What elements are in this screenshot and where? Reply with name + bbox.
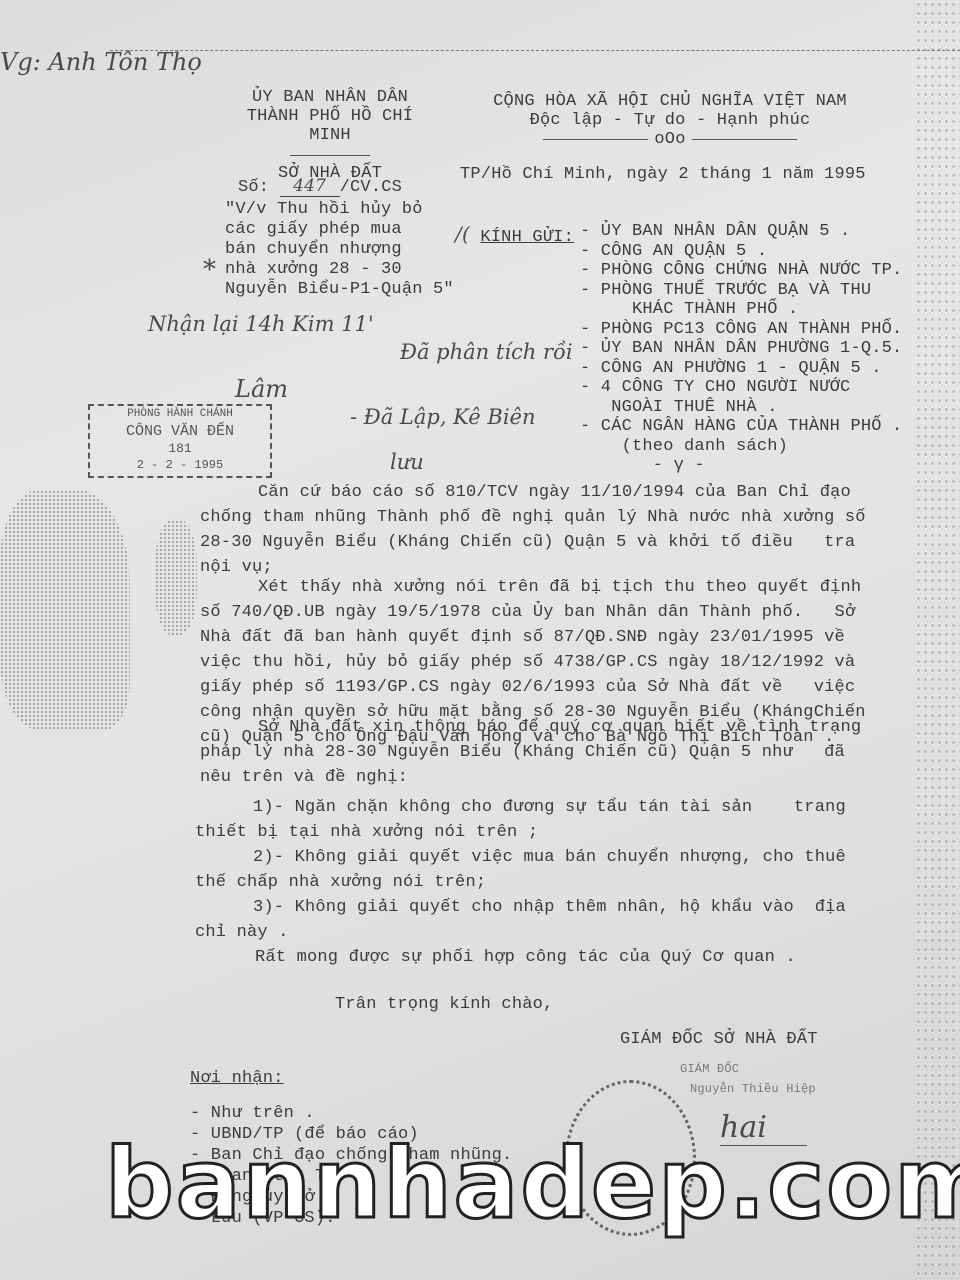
recipient-item: - PHÒNG CÔNG CHỨNG NHÀ NƯỚC TP. (580, 261, 902, 281)
subject-block: "V/v Thu hồi hủy bỏcác giấy phép muabán … (225, 200, 454, 300)
recipients-list: - ỦY BAN NHÂN DÂN QUẬN 5 .- CÔNG AN QUẬN… (580, 222, 902, 476)
subject-line: các giấy phép mua (225, 220, 454, 240)
body-paragraph-3: Sở Nhà đất xin thông báo để quý cơ quan … (200, 715, 890, 790)
body-line: 28-30 Nguyễn Biểu (Kháng Chiến cũ) Quận … (200, 530, 890, 555)
cc-item: - Như trên . (190, 1103, 512, 1124)
subject-line: bán chuyển nhượng (225, 240, 454, 260)
signature-title: GIÁM ĐỐC SỞ NHÀ ĐẤT (620, 1030, 818, 1049)
recipient-item: - CÁC NGÂN HÀNG CỦA THÀNH PHỐ . (580, 417, 902, 437)
body-line: giấy phép số 1193/GP.CS ngày 02/6/1993 c… (200, 675, 890, 700)
recipient-item: - 4 CÔNG TY CHO NGƯỜI NƯỚC (580, 378, 902, 398)
request-item-1: 1)- Ngăn chặn không cho đương sự tẩu tán… (195, 795, 885, 845)
recipients-label: /( KÍNH GỬI: (455, 222, 574, 247)
body-line: chống tham nhũng Thành phố đề nghị quản … (200, 505, 890, 530)
number-label: Số: (238, 178, 269, 197)
body-line: Căn cứ báo cáo số 810/TCV ngày 11/10/199… (200, 480, 890, 505)
org-line1: ỦY BAN NHÂN DÂN (230, 88, 430, 107)
subject-line: Nguyễn Biểu-P1-Quận 5" (225, 280, 454, 300)
handwritten-note-processed: Đã phân tích rồi (400, 340, 573, 364)
cc-label: Nơi nhận: (190, 1068, 512, 1089)
doc-number: Số: 447/CV.CS (238, 176, 402, 197)
number-suffix: /CV.CS (340, 178, 402, 197)
stamp-office: PHÒNG HÀNH CHÁNH (90, 406, 270, 423)
stamp-title: CÔNG VĂN ĐẾN (90, 423, 270, 440)
handwritten-note-inventory: - Đã Lập, Kê Biên (350, 405, 536, 429)
subject-line: "V/v Thu hồi hủy bỏ (225, 200, 454, 220)
recipient-item: - γ - (580, 456, 902, 476)
ink-blot-small (155, 520, 197, 635)
request-item-2: 2)- Không giải quyết việc mua bán chuyển… (195, 845, 885, 895)
body-line: nêu trên và đề nghị: (200, 765, 890, 790)
body-line: chỉ này . (195, 920, 885, 945)
recipients-label-text: KÍNH GỬI: (480, 228, 574, 247)
subject-marker: * (203, 255, 216, 285)
recipient-item: - PHÒNG PC13 CÔNG AN THÀNH PHỐ. (580, 320, 902, 340)
handwritten-note-received: Nhận lại 14h Kim 11' (148, 312, 374, 336)
recipient-item: KHÁC THÀNH PHỐ . (580, 300, 902, 320)
ink-blot-left (0, 490, 130, 730)
body-line: 3)- Không giải quyết cho nhập thêm nhân,… (195, 895, 885, 920)
stamp-date: 2 - 2 - 1995 (90, 457, 270, 474)
body-paragraph-1: Căn cứ báo cáo số 810/TCV ngày 11/10/199… (200, 480, 890, 580)
body-line: 1)- Ngăn chặn không cho đương sự tẩu tán… (195, 795, 885, 820)
date-line: TP/Hồ Chí Minh, ngày 2 tháng 1 năm 1995 (460, 165, 866, 184)
recipient-item: - ỦY BAN NHÂN DÂN PHƯỜNG 1-Q.5. (580, 339, 902, 359)
body-line: số 740/QĐ.UB ngày 19/5/1978 của Ủy ban N… (200, 600, 890, 625)
request-item-3: 3)- Không giải quyết cho nhập thêm nhân,… (195, 895, 885, 945)
body-line: Xét thấy nhà xưởng nói trên đã bị tịch t… (200, 575, 890, 600)
ornament-line: oOo (470, 130, 870, 149)
header-rule (290, 155, 370, 156)
top-dashed-line (110, 50, 960, 51)
signature-sub-title: GIÁM ĐỐC (680, 1062, 739, 1076)
body-line: việc thu hồi, hủy bỏ giấy phép số 4738/G… (200, 650, 890, 675)
recipient-item: - ỦY BAN NHÂN DÂN QUẬN 5 . (580, 222, 902, 242)
body-line: 2)- Không giải quyết việc mua bán chuyển… (195, 845, 885, 870)
handwritten-addressee: Vg: Anh Tôn Thọ (0, 48, 202, 76)
recipient-item: NGOÀI THUÊ NHÀ . (580, 398, 902, 418)
stamp-number: 181 (90, 440, 270, 457)
handwritten-note-archive: lưu (390, 450, 424, 474)
ornament: oOo (654, 130, 685, 149)
left-header: ỦY BAN NHÂN DÂN THÀNH PHỐ HỒ CHÍ MINH SỞ… (230, 88, 430, 183)
recipient-item: (theo danh sách) (580, 437, 902, 457)
closing-regards: Trân trọng kính chào, (335, 995, 553, 1014)
nation-title: CỘNG HÒA XÃ HỘI CHỦ NGHĨA VIỆT NAM (470, 92, 870, 111)
received-stamp: PHÒNG HÀNH CHÁNH CÔNG VĂN ĐẾN 181 2 - 2 … (88, 404, 272, 478)
recipient-item: - PHÒNG THUẾ TRƯỚC BẠ VÀ THU (580, 281, 902, 301)
motto: Độc lập - Tự do - Hạnh phúc (470, 111, 870, 130)
body-line: Nhà đất đã ban hành quyết định số 87/QĐ.… (200, 625, 890, 650)
watermark: bannhadep.com (105, 1128, 960, 1240)
subject-line: nhà xưởng 28 - 30 (225, 260, 454, 280)
org-line2: THÀNH PHỐ HỒ CHÍ MINH (230, 107, 430, 145)
body-line: thiết bị tại nhà xưởng nói trên ; (195, 820, 885, 845)
body-line: thế chấp nhà xưởng nói trên; (195, 870, 885, 895)
scan-noise-right (915, 0, 960, 1280)
number-value: 447 (280, 176, 340, 197)
recipient-item: - CÔNG AN PHƯỜNG 1 - QUẬN 5 . (580, 359, 902, 379)
closing-cooperation: Rất mong được sự phối hợp công tác của Q… (255, 948, 796, 967)
handwritten-note-initials: Lâm (235, 375, 288, 403)
body-line: Sở Nhà đất xin thông báo để quý cơ quan … (200, 715, 890, 740)
body-line: pháp lý nhà 28-30 Nguyễn Biểu (Kháng Chi… (200, 740, 890, 765)
right-header: CỘNG HÒA XÃ HỘI CHỦ NGHĨA VIỆT NAM Độc l… (470, 92, 870, 149)
signature-name: Nguyễn Thiều Hiệp (690, 1082, 816, 1096)
recipient-item: - CÔNG AN QUẬN 5 . (580, 242, 902, 262)
